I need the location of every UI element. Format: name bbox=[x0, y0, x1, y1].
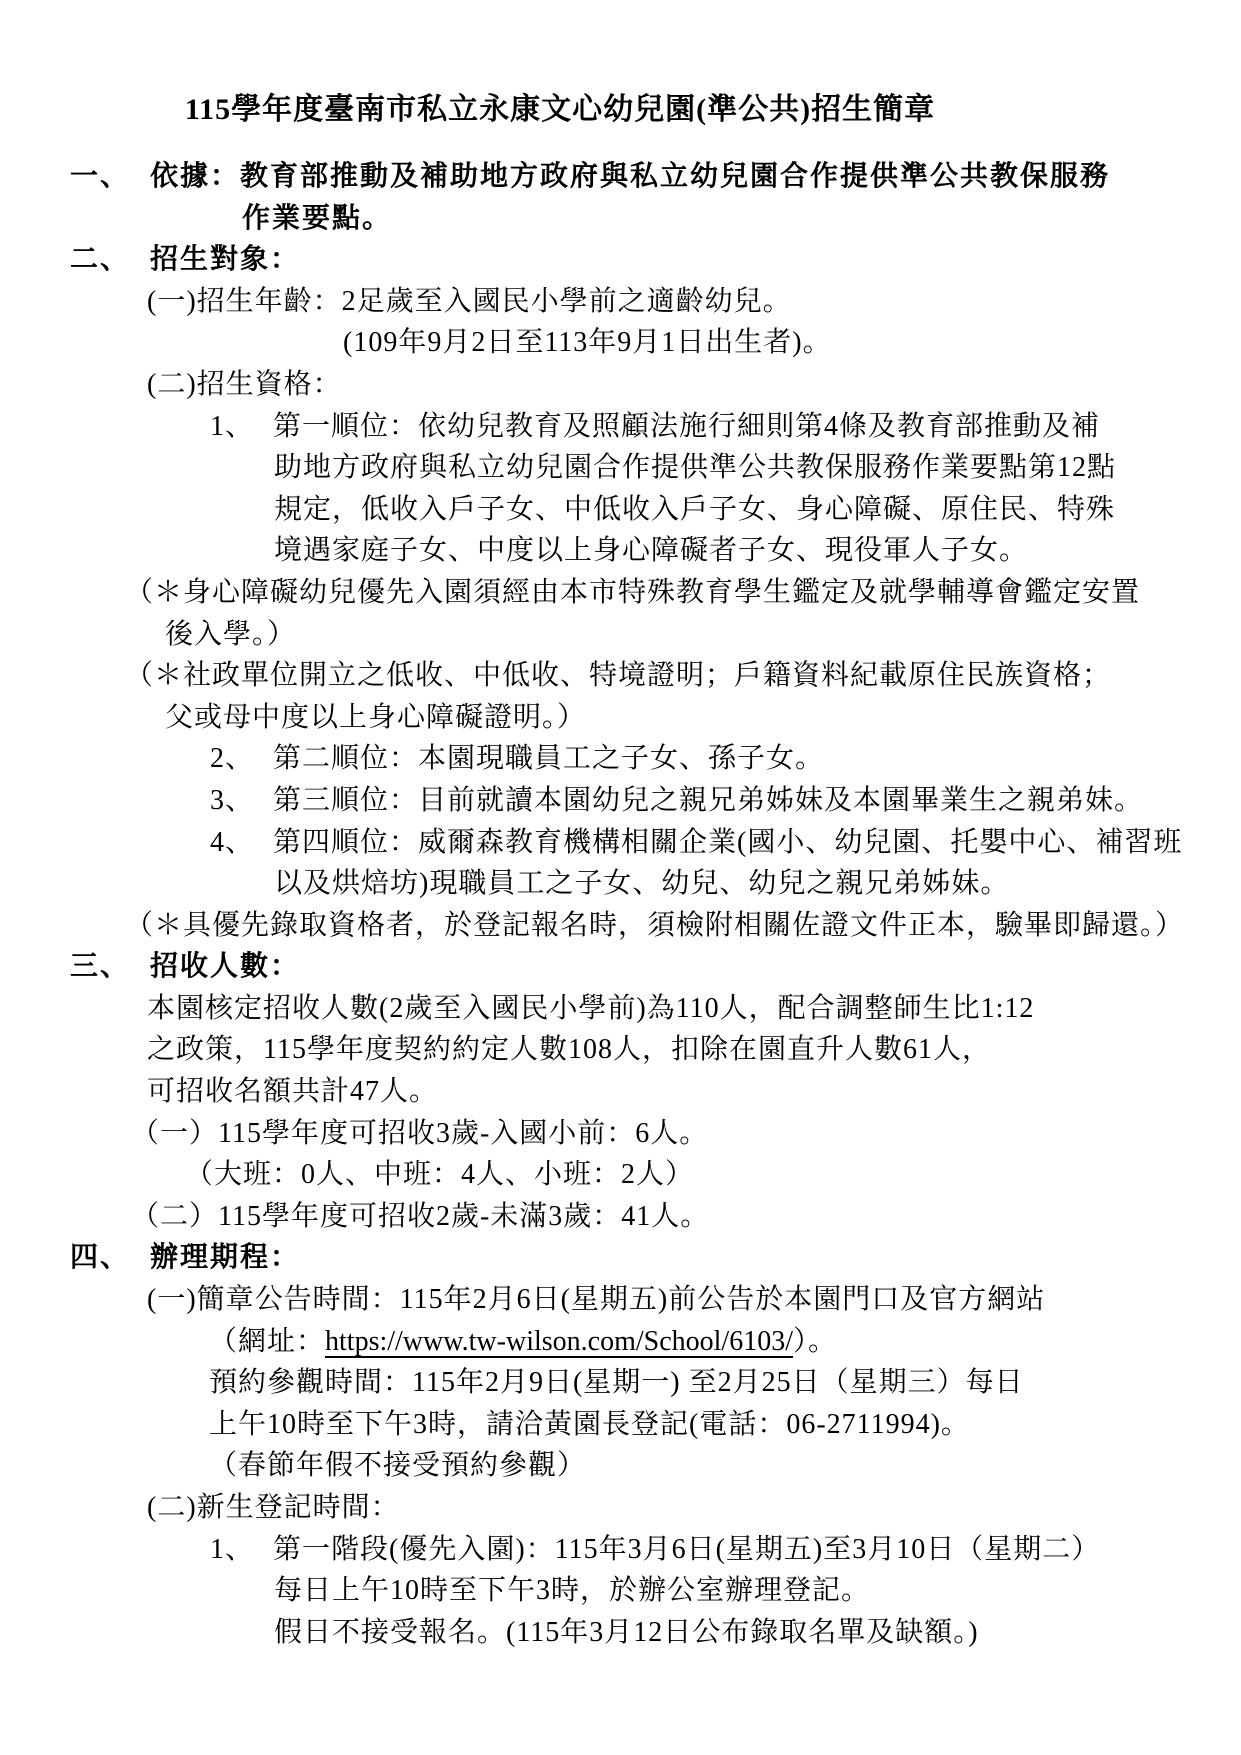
doc-line: (一)簡章公告時間：115年2月6日(星期五)前公告於本園門口及官方網站 bbox=[0, 1279, 1241, 1321]
doc-line: 上午10時至下午3時，請洽黃園長登記(電話：06-2711994)。 bbox=[0, 1404, 1241, 1446]
list-enumerator: 1、 bbox=[210, 406, 273, 448]
doc-line: 之政策，115學年度契約約定人數108人，扣除在園直升人數61人， bbox=[0, 1029, 1241, 1071]
doc-line: 每日上午10時至下午3時，於辦公室辦理登記。 bbox=[0, 1570, 1241, 1612]
url-suffix: ）。 bbox=[793, 1326, 837, 1357]
heading-text: 招收人數： bbox=[150, 951, 300, 982]
line-text: 第三順位：目前就讀本園幼兒之親兄弟姊妹及本園畢業生之親弟妹。 bbox=[273, 785, 1143, 816]
doc-line: 預約參觀時間：115年2月9日(星期一) 至2月25日（星期三）每日 bbox=[0, 1362, 1241, 1404]
list-enumerator: 3、 bbox=[210, 780, 273, 822]
doc-line: 假日不接受報名。(115年3月12日公布錄取名單及缺額。) bbox=[0, 1612, 1241, 1654]
list-enumerator: 三、 bbox=[70, 946, 150, 988]
doc-line: 3、第三順位：目前就讀本園幼兒之親兄弟姊妹及本園畢業生之親弟妹。 bbox=[0, 780, 1241, 822]
heading-text: 招生對象： bbox=[150, 244, 300, 275]
line-text: 第二順位：本園現職員工之子女、孫子女。 bbox=[273, 743, 824, 774]
doc-line: （一）115學年度可招收3歲-入國小前：6人。 bbox=[0, 1113, 1241, 1155]
doc-line: 2、第二順位：本園現職員工之子女、孫子女。 bbox=[0, 738, 1241, 780]
doc-line: (109年9月2日至113年9月1日出生者)。 bbox=[0, 322, 1241, 364]
section-4-heading: 四、辦理期程： bbox=[0, 1237, 1241, 1279]
website-link[interactable]: https://www.tw-wilson.com/School/6103/ bbox=[325, 1326, 793, 1357]
section-1-heading-cont: 作業要點。 bbox=[0, 198, 1241, 240]
doc-line: 以及烘焙坊)現職員工之子女、幼兒、幼兒之親兄弟姊妹。 bbox=[0, 863, 1241, 905]
doc-note-line: 父或母中度以上身心障礙證明。） bbox=[0, 697, 1241, 739]
doc-line: 規定，低收入戶子女、中低收入戶子女、身心障礙、原住民、特殊 bbox=[0, 489, 1241, 531]
doc-line: 本園核定招收人數(2歲至入國民小學前)為110人，配合調整師生比1:12 bbox=[0, 988, 1241, 1030]
document-body: 一、依據：教育部推動及補助地方政府與私立幼兒園合作提供準公共教保服務 作業要點。… bbox=[0, 156, 1241, 1653]
list-enumerator: 1、 bbox=[210, 1529, 273, 1571]
doc-line: （二）115學年度可招收2歲-未滿3歲：41人。 bbox=[0, 1196, 1241, 1238]
doc-line: 1、第一階段(優先入園)：115年3月6日(星期五)至3月10日（星期二） bbox=[0, 1529, 1241, 1571]
section-1-heading: 一、依據：教育部推動及補助地方政府與私立幼兒園合作提供準公共教保服務 bbox=[0, 156, 1241, 198]
list-enumerator: 2、 bbox=[210, 738, 273, 780]
list-enumerator: 二、 bbox=[70, 239, 150, 281]
doc-line: (一)招生年齡：2足歲至入國民小學前之適齡幼兒。 bbox=[0, 281, 1241, 323]
doc-line: 可招收名額共計47人。 bbox=[0, 1071, 1241, 1113]
doc-line: 1、第一順位：依幼兒教育及照顧法施行細則第4條及教育部推動及補 bbox=[0, 406, 1241, 448]
section-3-heading: 三、招收人數： bbox=[0, 946, 1241, 988]
doc-line: 4、第四順位：威爾森教育機構相關企業(國小、幼兒園、托嬰中心、補習班 bbox=[0, 822, 1241, 864]
doc-line: （大班：0人、中班：4人、小班：2人） bbox=[0, 1154, 1241, 1196]
page-title: 115學年度臺南市私立永康文心幼兒園(準公共)招生簡章 bbox=[0, 84, 1120, 128]
doc-line: (二)招生資格： bbox=[0, 364, 1241, 406]
list-enumerator: 4、 bbox=[210, 822, 273, 864]
doc-line: (二)新生登記時間： bbox=[0, 1487, 1241, 1529]
doc-note-line: （春節年假不接受預約參觀） bbox=[0, 1445, 1241, 1487]
doc-line: 助地方政府與私立幼兒園合作提供準公共教保服務作業要點第12點 bbox=[0, 447, 1241, 489]
doc-note-line: 後入學。） bbox=[0, 614, 1241, 656]
document-page: 115學年度臺南市私立永康文心幼兒園(準公共)招生簡章 一、依據：教育部推動及補… bbox=[0, 0, 1241, 1755]
section-2-heading: 二、招生對象： bbox=[0, 239, 1241, 281]
website-line: （網址：https://www.tw-wilson.com/School/610… bbox=[0, 1321, 1241, 1363]
doc-line: 境遇家庭子女、中度以上身心障礙者子女、現役軍人子女。 bbox=[0, 530, 1241, 572]
doc-note-line: （＊具優先錄取資格者，於登記報名時，須檢附相關佐證文件正本，驗畢即歸還。） bbox=[0, 905, 1241, 947]
doc-note-line: （＊社政單位開立之低收、中低收、特境證明；戶籍資料紀載原住民族資格； bbox=[0, 655, 1241, 697]
list-enumerator: 四、 bbox=[70, 1237, 150, 1279]
list-enumerator: 一、 bbox=[70, 156, 150, 198]
line-text: 第一順位：依幼兒教育及照顧法施行細則第4條及教育部推動及補 bbox=[273, 411, 1100, 442]
line-text: 第四順位：威爾森教育機構相關企業(國小、幼兒園、托嬰中心、補習班 bbox=[273, 827, 1182, 858]
heading-text: 依據：教育部推動及補助地方政府與私立幼兒園合作提供準公共教保服務 bbox=[150, 161, 1110, 192]
url-prefix: （網址： bbox=[209, 1326, 325, 1357]
heading-text: 辦理期程： bbox=[150, 1242, 300, 1273]
doc-note-line: （＊身心障礙幼兒優先入園須經由本市特殊教育學生鑑定及就學輔導會鑑定安置 bbox=[0, 572, 1241, 614]
line-text: 第一階段(優先入園)：115年3月6日(星期五)至3月10日（星期二） bbox=[273, 1534, 1100, 1565]
